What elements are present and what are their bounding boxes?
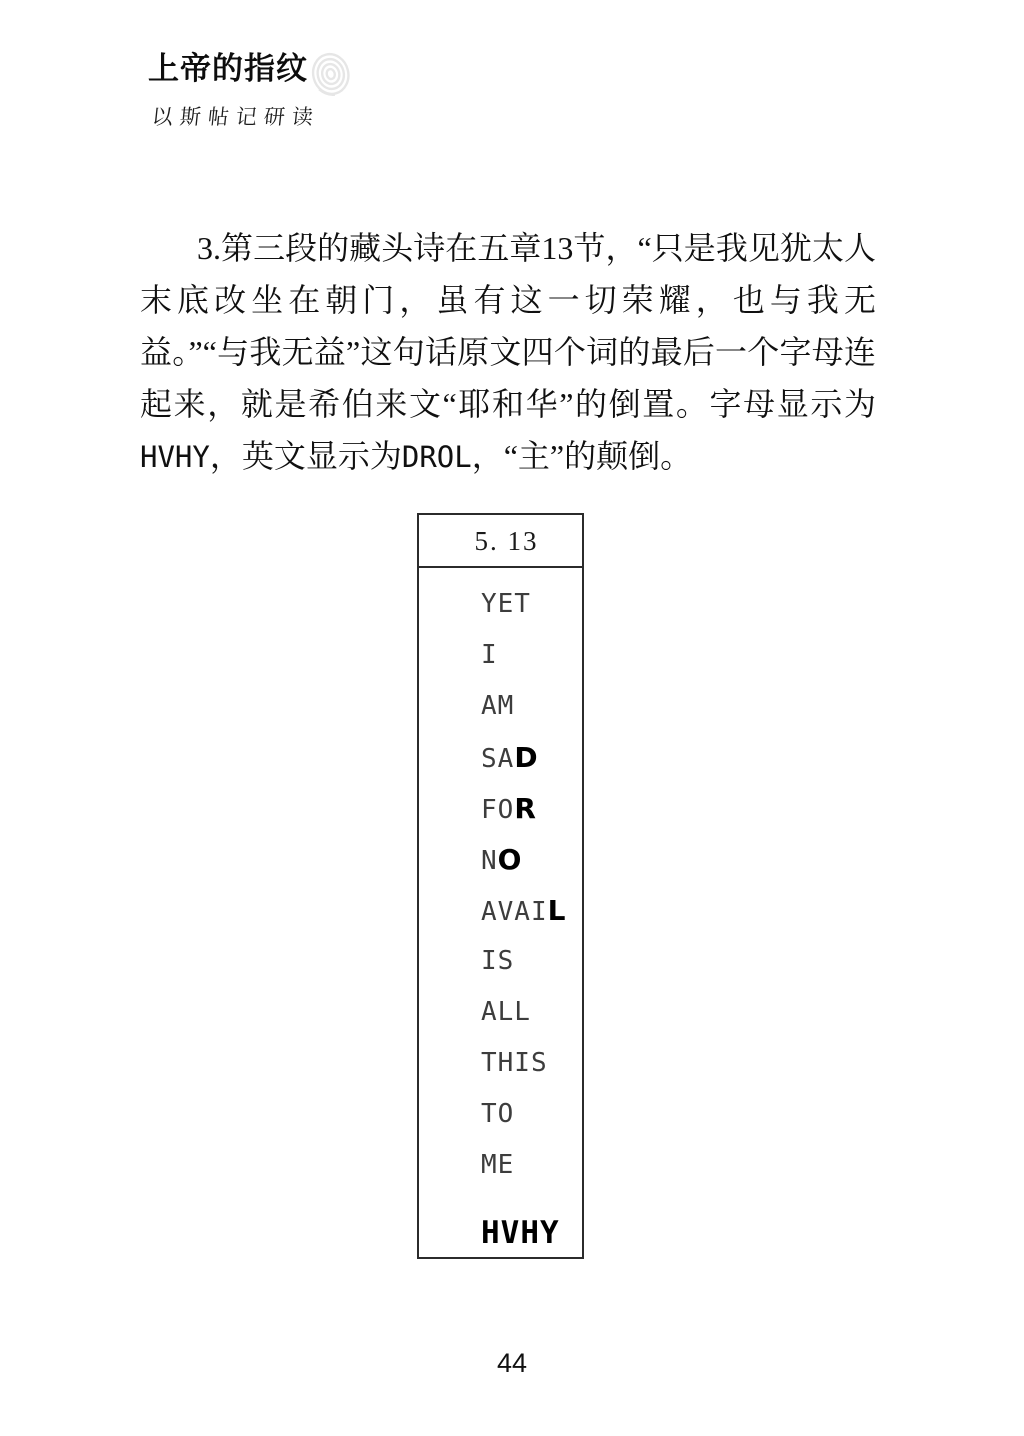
fingerprint-icon <box>310 52 352 98</box>
acrostic-letter: D <box>514 741 538 774</box>
book-subtitle: 以斯帖记研读 <box>150 101 353 131</box>
page-number: 44 <box>497 1348 527 1378</box>
verse-reference: 5. 13 <box>419 515 582 568</box>
paragraph-segment: 3.第三段的藏头诗在五章13节，“只是我见犹太人末底改坐在朝门，虽有这一切荣耀，… <box>140 230 876 422</box>
acrostic-letter: R <box>514 792 537 825</box>
inline-handwritten-letters: HVHY <box>140 440 210 474</box>
verse-word: AVAIL <box>481 885 582 936</box>
verse-word: YET <box>481 579 582 630</box>
verse-word-text: AVAI <box>481 897 548 927</box>
verse-word-text: ME <box>481 1150 514 1180</box>
verse-word-text: N <box>481 846 498 876</box>
verse-word: ALL <box>481 987 582 1038</box>
verse-word: IS <box>481 936 582 987</box>
verse-word-text: TO <box>481 1099 514 1129</box>
verse-word: AM <box>481 681 582 732</box>
inline-handwritten-letters: DROL <box>402 440 472 474</box>
paragraph: 3.第三段的藏头诗在五章13节，“只是我见犹太人末底改坐在朝门，虽有这一切荣耀，… <box>140 222 876 483</box>
verse-word-text: I <box>481 640 498 670</box>
verse-word-list: YETIAMSADFORNOAVAILISALLTHISTOME <box>419 568 582 1191</box>
verse-word: ME <box>481 1140 582 1191</box>
verse-word: THIS <box>481 1038 582 1089</box>
verse-word-text: AM <box>481 691 514 721</box>
paragraph-segment: ，“主”的颠倒。 <box>472 438 692 474</box>
book-title-row: 上帝的指纹 <box>148 50 352 98</box>
verse-word: I <box>481 630 582 681</box>
verse-word-text: YET <box>481 589 531 619</box>
verse-word: NO <box>481 834 582 885</box>
book-header: 上帝的指纹 以斯帖记研读 <box>148 50 352 131</box>
book-page: 上帝的指纹 以斯帖记研读 3.第三段的藏头诗在五章13节，“只是我见犹太人末底改… <box>0 0 1024 1436</box>
verse-word: TO <box>481 1089 582 1140</box>
verse-word-text: ALL <box>481 997 531 1027</box>
acrostic-result: HVHY <box>481 1215 560 1251</box>
verse-word: SAD <box>481 732 582 783</box>
paragraph-text: 3.第三段的藏头诗在五章13节，“只是我见犹太人末底改坐在朝门，虽有这一切荣耀，… <box>140 230 876 474</box>
paragraph-segment: ，英文显示为 <box>210 438 402 474</box>
acrostic-letter: O <box>498 843 523 876</box>
verse-word-text: SA <box>481 744 514 774</box>
verse-word: FOR <box>481 783 582 834</box>
page-footer: 44 <box>0 1348 1024 1379</box>
verse-word-text: FO <box>481 795 514 825</box>
acrostic-figure-box: 5. 13 YETIAMSADFORNOAVAILISALLTHISTOME H… <box>417 513 584 1259</box>
acrostic-letter: L <box>548 894 567 927</box>
verse-word-text: THIS <box>481 1048 548 1078</box>
verse-word-text: IS <box>481 946 514 976</box>
book-title: 上帝的指纹 <box>148 50 308 88</box>
